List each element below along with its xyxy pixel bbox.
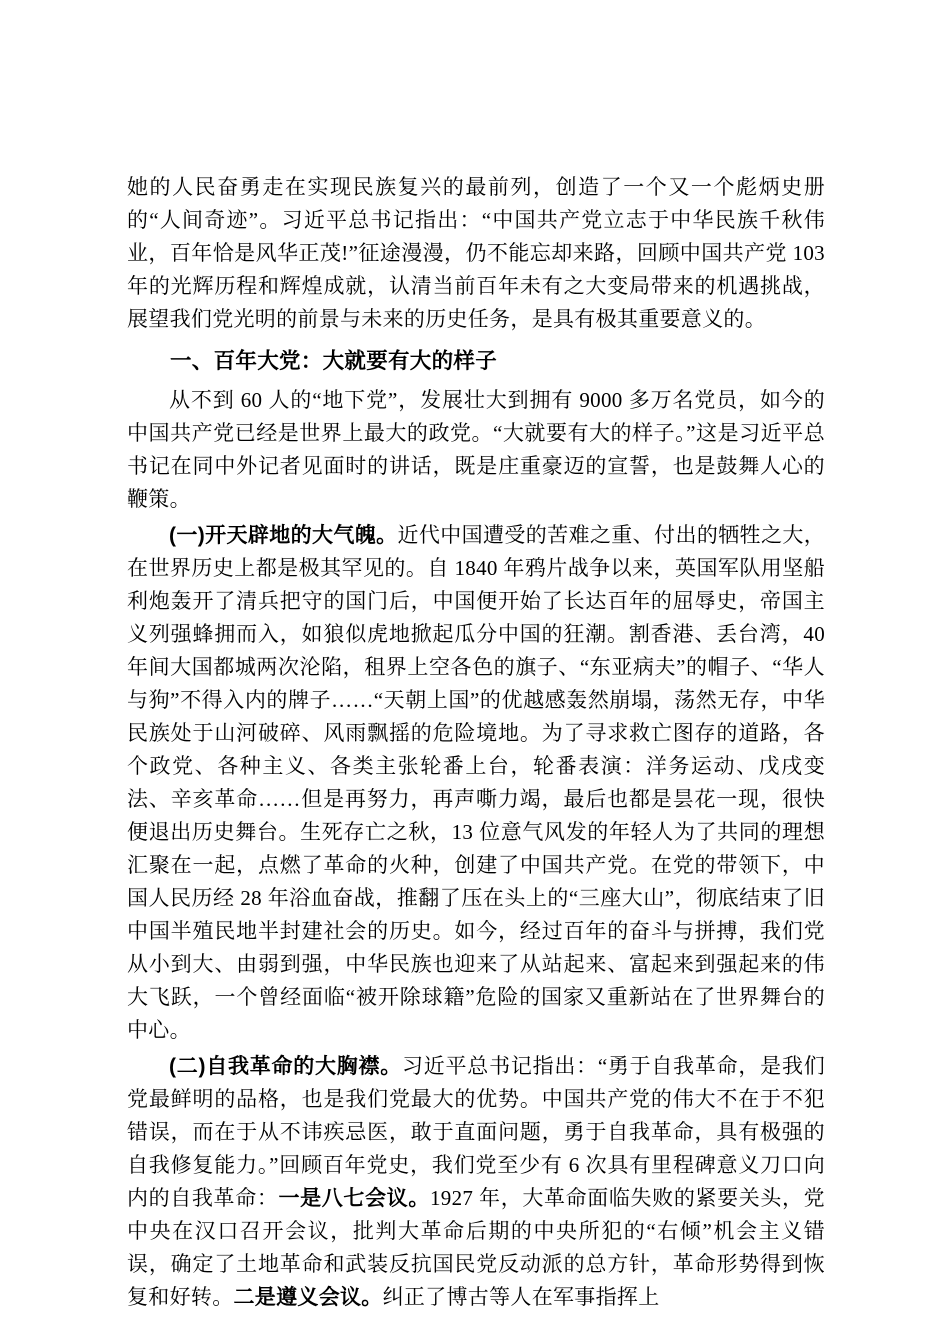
bold-text-run: 一、百年大党：大就要有大的样子 — [170, 349, 497, 373]
document-page: 她的人民奋勇走在实现民族复兴的最前列，创造了一个又一个彪炳史册的“人间奇迹”。习… — [0, 0, 950, 1344]
bold-text-run: (一)开天辟地的大气魄。 — [169, 524, 398, 547]
text-run: 她的人民奋勇走在实现民族复兴的最前列，创造了一个又一个彪炳史册的“人间奇迹”。习… — [127, 175, 825, 331]
bold-text-run: 二是遵义会议。 — [234, 1286, 383, 1309]
section-heading: 一、百年大党：大就要有大的样子 — [127, 345, 825, 378]
paragraph: (一)开天辟地的大气魄。近代中国遭受的苦难之重、付出的牺牲之大，在世界历史上都是… — [127, 519, 825, 1047]
bold-text-run: (二)自我革命的大胸襟。 — [169, 1055, 402, 1078]
text-run: 从不到 60 人的“地下党”，发展壮大到拥有 9000 多万名党员，如今的中国共… — [127, 388, 825, 511]
document-body: 她的人民奋勇走在实现民族复兴的最前列，创造了一个又一个彪炳史册的“人间奇迹”。习… — [127, 171, 825, 1314]
bold-text-run: 一是八七会议。 — [278, 1187, 429, 1210]
paragraph: 从不到 60 人的“地下党”，发展壮大到拥有 9000 多万名党员，如今的中国共… — [127, 384, 825, 516]
text-run: 近代中国遭受的苦难之重、付出的牺牲之大，在世界历史上都是极其罕见的。自 1840… — [127, 523, 825, 1042]
paragraph: (二)自我革命的大胸襟。习近平总书记指出：“勇于自我革命，是我们党最鲜明的品格，… — [127, 1050, 825, 1314]
text-run: 纠正了博古等人在军事指挥上 — [383, 1285, 660, 1309]
paragraph: 她的人民奋勇走在实现民族复兴的最前列，创造了一个又一个彪炳史册的“人间奇迹”。习… — [127, 171, 825, 336]
